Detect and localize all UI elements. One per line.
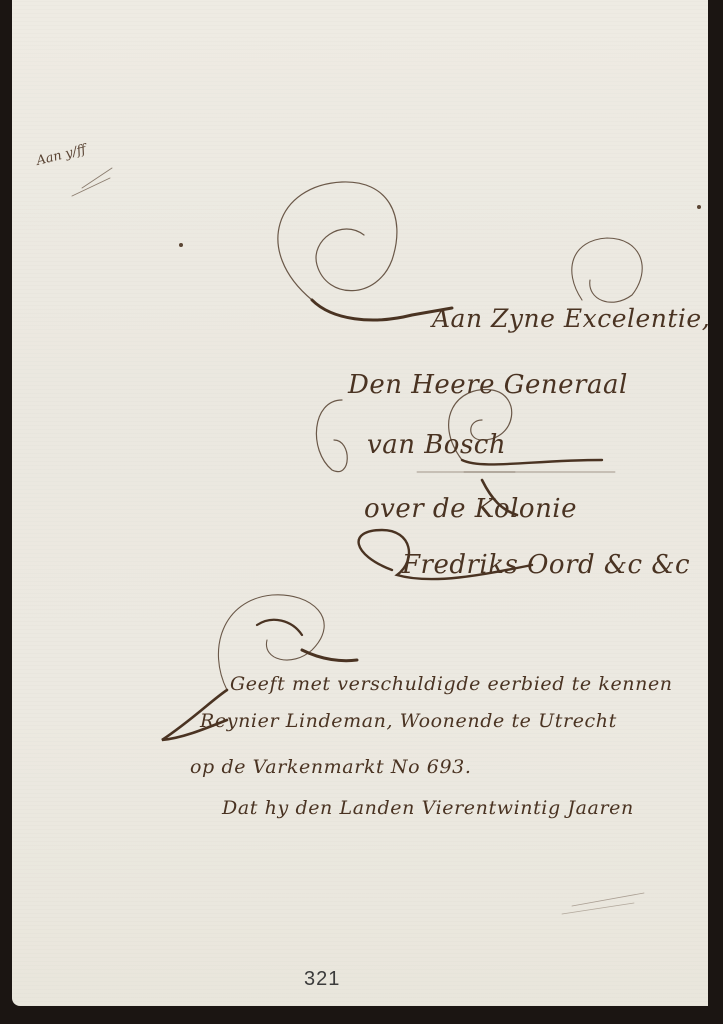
ink-spot: [697, 205, 701, 209]
body-line-2: Reynier Lindeman, Woonende te Utrecht: [200, 710, 617, 732]
address-line-5: Fredriks Oord &c &c: [402, 550, 690, 580]
body-line-3: op de Varkenmarkt No 693.: [190, 756, 472, 778]
address-line-3: van Bosch: [367, 430, 506, 460]
body-line-1: Geeft met verschuldigde eerbied te kenne…: [230, 673, 673, 695]
address-line-1: Aan Zyne Excelentie,: [432, 304, 708, 333]
address-line-2: Den Heere Generaal: [348, 370, 628, 400]
body-line-4: Dat hy den Landen Vierentwintig Jaaren: [222, 797, 634, 819]
address-line-4: over de Kolonie: [364, 494, 577, 524]
ink-spot: [179, 243, 183, 247]
calligraphic-flourishes: [12, 0, 708, 1006]
letter-page: Aan y/ff Aan Zyne Excelentie, Den Heere …: [12, 0, 708, 1006]
folio-number: 321: [304, 968, 340, 991]
